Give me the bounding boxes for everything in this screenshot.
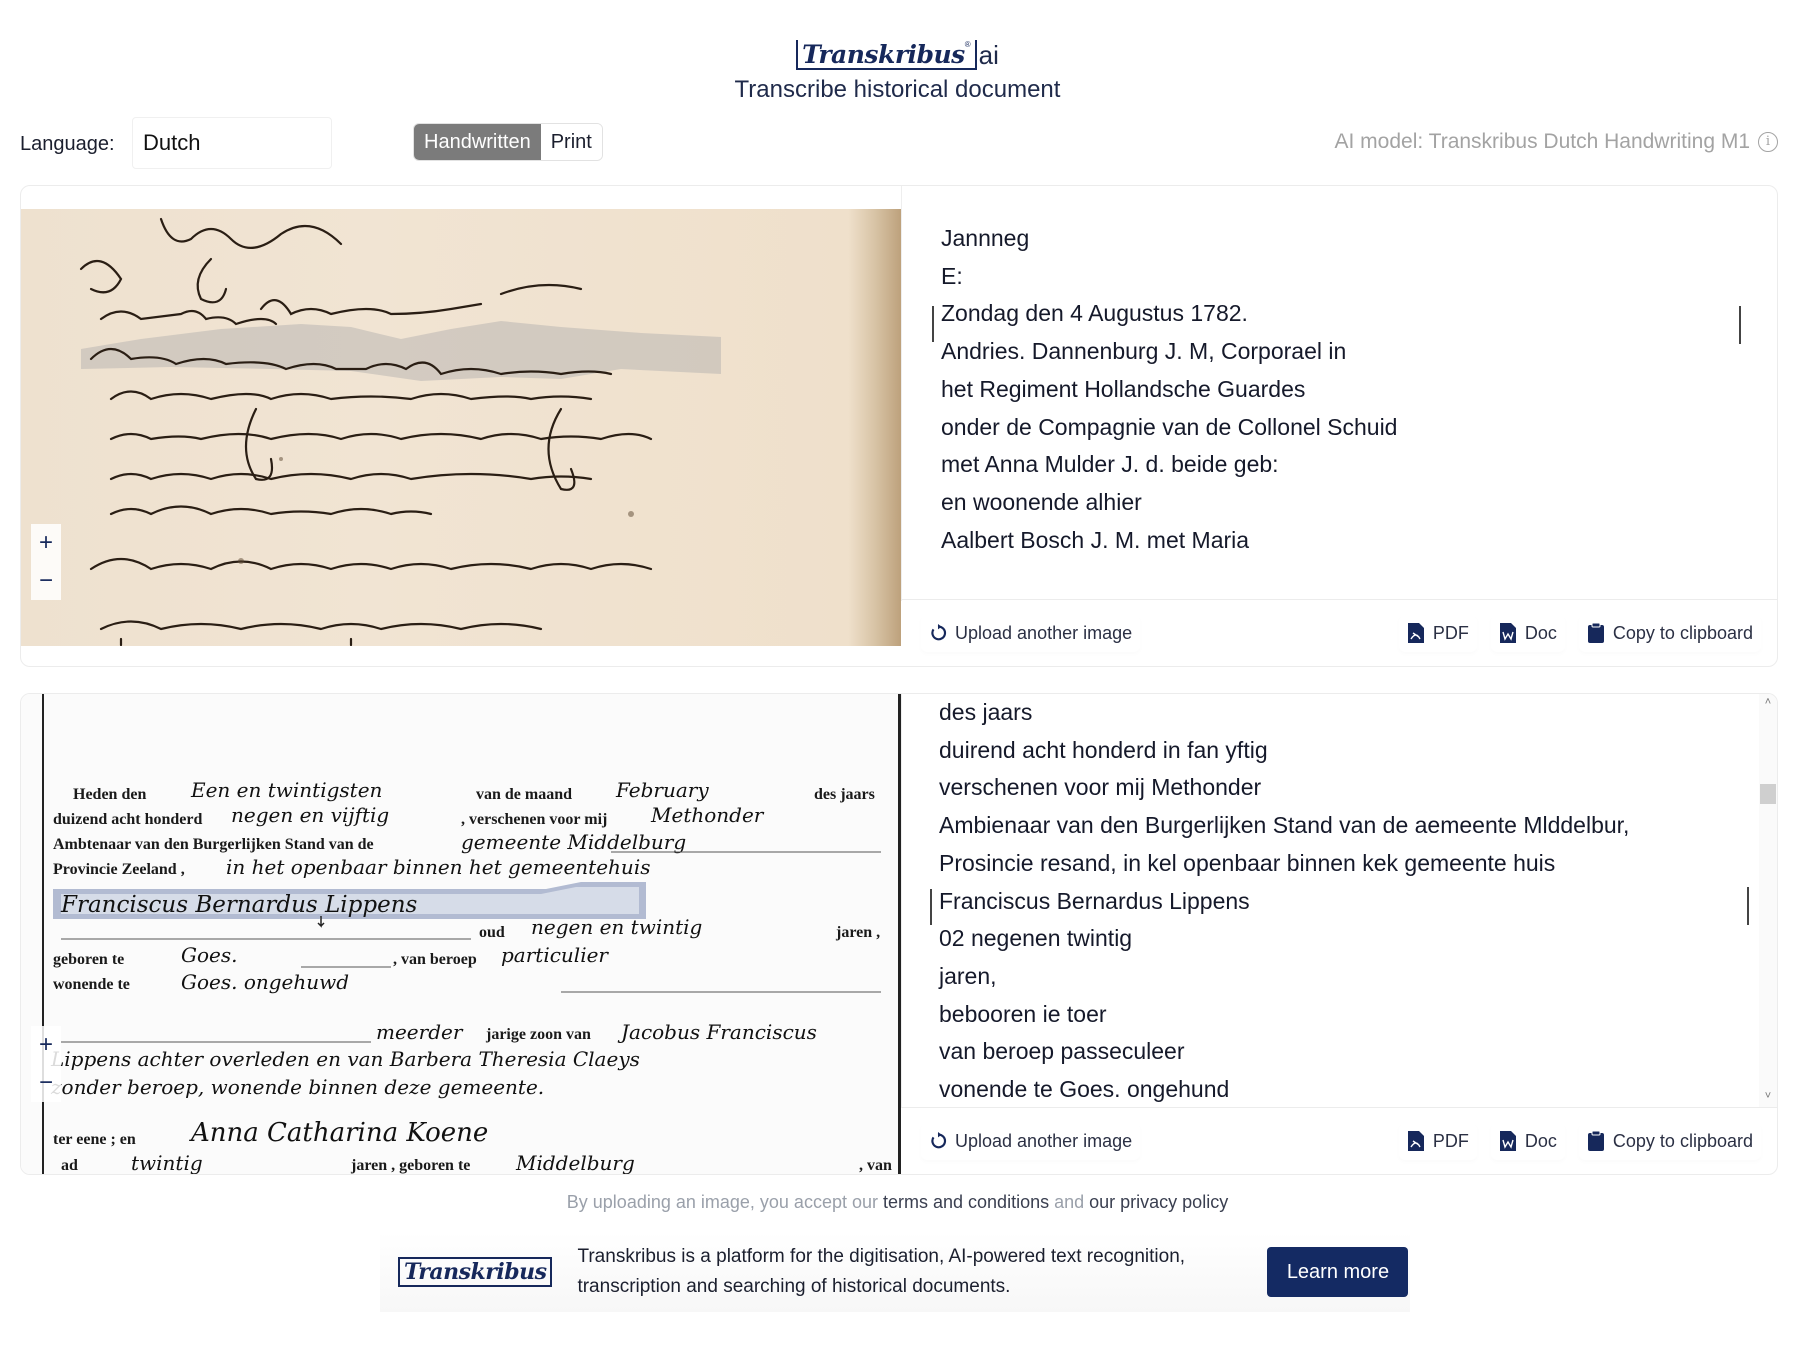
- svg-text:van de maand: van de maand: [476, 786, 572, 803]
- transcription-line-active[interactable]: Franciscus Bernardus Lippens: [939, 883, 1777, 921]
- zoom-controls: + −: [31, 524, 61, 600]
- zoom-out-button[interactable]: −: [31, 562, 61, 600]
- transcription-line[interactable]: E:: [941, 258, 1777, 296]
- page-title: Transcribe historical document: [0, 76, 1795, 104]
- clipboard-icon: [1587, 623, 1605, 643]
- active-line-marker: [930, 889, 932, 925]
- svg-text:geboren te: geboren te: [53, 951, 124, 968]
- transcription-card-2: Heden den van de maand des jaars duizend…: [20, 693, 1778, 1175]
- svg-text:Franciscus Bernardus Lippens: Franciscus Bernardus Lippens: [60, 892, 418, 918]
- zoom-out-button[interactable]: −: [31, 1064, 61, 1102]
- svg-text:Methonder: Methonder: [650, 803, 765, 827]
- svg-text:negen en vijftig: negen en vijftig: [231, 803, 389, 827]
- svg-text:ter eene ; en: ter eene ; en: [53, 1131, 136, 1148]
- card-footer: Upload another image PDF Doc Copy to cli…: [901, 599, 1777, 666]
- svg-text:ad: ad: [61, 1157, 78, 1174]
- controls-row: Language: Dutch Handwritten Print AI mod…: [20, 117, 1778, 169]
- svg-text:Jacobus Franciscus: Jacobus Franciscus: [617, 1020, 817, 1044]
- transcription-line[interactable]: Prosincie resand, in kel openbaar binnen…: [939, 845, 1777, 883]
- transcription-line[interactable]: des jaars: [939, 694, 1777, 732]
- svg-text:Een en twintigsten: Een en twintigsten: [190, 778, 382, 802]
- transkribus-logo: Transkribus: [398, 1257, 552, 1287]
- transcription-text-area[interactable]: Jannneg E: Zondag den 4 Augustus 1782. A…: [901, 186, 1777, 601]
- transcription-line[interactable]: Zondag den 4 Augustus 1782.: [941, 295, 1777, 333]
- mode-print-button[interactable]: Print: [541, 124, 602, 160]
- banner-description: Transkribus is a platform for the digiti…: [577, 1242, 1237, 1302]
- svg-text:Heden den: Heden den: [73, 786, 146, 803]
- download-pdf-button[interactable]: PDF: [1399, 1123, 1477, 1160]
- mode-handwritten-button[interactable]: Handwritten: [414, 124, 541, 160]
- download-doc-button[interactable]: Doc: [1491, 1123, 1565, 1160]
- svg-text:Ambtenaar van den Burgerlijken: Ambtenaar van den Burgerlijken Stand van…: [53, 836, 374, 853]
- word-file-icon: [1499, 623, 1517, 643]
- scroll-down-icon[interactable]: ˅: [1759, 1090, 1777, 1106]
- printed-form-document-image: Heden den van de maand des jaars duizend…: [21, 694, 898, 1175]
- transcription-line-active[interactable]: Andries. Dannenburg J. M, Corporael in: [941, 333, 1777, 371]
- text-cursor: [1747, 887, 1749, 925]
- transcription-line[interactable]: onder de Compagnie van de Collonel Schui…: [941, 409, 1777, 447]
- upload-another-image-button[interactable]: Upload another image: [921, 1123, 1140, 1160]
- card-footer: Upload another image PDF Doc Copy to cli…: [901, 1107, 1777, 1174]
- document-image-viewer[interactable]: + −: [21, 209, 901, 646]
- svg-text:, van: , van: [859, 1157, 892, 1174]
- pdf-file-icon: [1407, 1131, 1425, 1151]
- svg-text:gemeente Middelburg: gemeente Middelburg: [461, 830, 686, 854]
- logo[interactable]: Transkribus® ai: [0, 38, 1795, 72]
- header: Transkribus® ai Transcribe historical do…: [0, 38, 1795, 104]
- svg-text:wonende te: wonende te: [53, 976, 130, 993]
- svg-text:Goes.: Goes.: [181, 943, 237, 967]
- scrollbar-thumb[interactable]: [1760, 784, 1776, 804]
- svg-text:jaren , geboren te: jaren , geboren te: [350, 1157, 470, 1174]
- scrollbar[interactable]: ˄ ˅: [1759, 694, 1777, 1108]
- svg-text:Goes. ongehuwd: Goes. ongehuwd: [181, 970, 349, 994]
- svg-text:des jaars: des jaars: [814, 786, 875, 803]
- logo-ai-suffix: ai: [979, 40, 999, 71]
- handwritten-document-image: [21, 209, 901, 646]
- transcription-line[interactable]: het Regiment Hollandsche Guardes: [941, 371, 1777, 409]
- transcription-line[interactable]: bebooren ie toer: [939, 996, 1777, 1034]
- transcription-line[interactable]: verschenen voor mij Methonder: [939, 769, 1777, 807]
- zoom-controls: + −: [31, 1026, 61, 1102]
- svg-text:Provincie Zeeland ,: Provincie Zeeland ,: [53, 861, 185, 878]
- transcription-line[interactable]: vonende te Goes. ongehund: [939, 1071, 1777, 1108]
- scroll-up-icon[interactable]: ˄: [1759, 696, 1777, 712]
- terms-link[interactable]: terms and conditions: [883, 1192, 1049, 1212]
- learn-more-button[interactable]: Learn more: [1267, 1247, 1408, 1297]
- transcription-line[interactable]: Ambienaar van den Burgerlijken Stand van…: [939, 807, 1777, 845]
- svg-text:, van beroep: , van beroep: [393, 951, 477, 968]
- svg-text:Lippens achter overleden en va: Lippens achter overleden en van Barbera …: [50, 1047, 640, 1071]
- transcription-line[interactable]: 02 negenen twintig: [939, 920, 1777, 958]
- download-doc-button[interactable]: Doc: [1491, 615, 1565, 652]
- svg-text:jaren ,: jaren ,: [835, 924, 880, 941]
- transcription-line[interactable]: jaren,: [939, 958, 1777, 996]
- transcription-line[interactable]: met Anna Mulder J. d. beide geb:: [941, 446, 1777, 484]
- pdf-file-icon: [1407, 623, 1425, 643]
- mode-toggle: Handwritten Print: [413, 123, 603, 161]
- transcription-line[interactable]: Jannneg: [941, 220, 1777, 258]
- word-file-icon: [1499, 1131, 1517, 1151]
- svg-text:jarige zoon van: jarige zoon van: [485, 1026, 591, 1043]
- svg-text:, verschenen voor mij: , verschenen voor mij: [461, 811, 607, 828]
- transcription-line[interactable]: en woonende alhier: [941, 484, 1777, 522]
- transcription-line[interactable]: duirend acht honderd in fan yftig: [939, 732, 1777, 770]
- transcription-line[interactable]: Aalbert Bosch J. M. met Maria: [941, 522, 1777, 560]
- terms-notice: By uploading an image, you accept our te…: [0, 1192, 1795, 1213]
- clipboard-icon: [1587, 1131, 1605, 1151]
- upload-another-image-button[interactable]: Upload another image: [921, 615, 1140, 652]
- svg-text:Middelburg: Middelburg: [515, 1151, 635, 1175]
- svg-text:negen en twintig: negen en twintig: [531, 915, 702, 939]
- transcription-card-1: + − Jannneg E: Zondag den 4 Augustus 178…: [20, 185, 1778, 667]
- ai-model-text: AI model: Transkribus Dutch Handwriting …: [1335, 130, 1751, 154]
- text-cursor: [1739, 306, 1741, 344]
- privacy-link[interactable]: our privacy policy: [1089, 1192, 1228, 1212]
- svg-text:duizend acht honderd: duizend acht honderd: [53, 811, 202, 828]
- transcription-line[interactable]: van beroep passeculeer: [939, 1033, 1777, 1071]
- zoom-in-button[interactable]: +: [31, 524, 61, 562]
- ai-model-info: AI model: Transkribus Dutch Handwriting …: [1335, 130, 1779, 154]
- svg-text:particulier: particulier: [501, 943, 609, 967]
- copy-to-clipboard-button[interactable]: Copy to clipboard: [1579, 1123, 1761, 1160]
- svg-text:twintig: twintig: [131, 1151, 203, 1175]
- svg-text:in het openbaar binnen het gem: in het openbaar binnen het gemeentehuis: [226, 855, 650, 879]
- language-label: Language:: [20, 133, 115, 156]
- active-line-marker: [932, 306, 934, 342]
- svg-text:oud: oud: [479, 924, 505, 941]
- language-select[interactable]: Dutch: [132, 117, 332, 169]
- refresh-icon: [929, 623, 947, 643]
- svg-text:Anna Catharina Koene: Anna Catharina Koene: [189, 1118, 488, 1148]
- zoom-in-button[interactable]: +: [31, 1026, 61, 1064]
- svg-text:meerder: meerder: [376, 1020, 464, 1044]
- refresh-icon: [929, 1131, 947, 1151]
- copy-to-clipboard-button[interactable]: Copy to clipboard: [1579, 615, 1761, 652]
- svg-text:February: February: [615, 778, 709, 802]
- transcription-text-area[interactable]: des jaars duirend acht honderd in fan yf…: [901, 694, 1777, 1108]
- info-icon[interactable]: i: [1758, 132, 1778, 152]
- promo-banner: Transkribus Transkribus is a platform fo…: [380, 1232, 1410, 1312]
- svg-text:zonder beroep, wonende binnen: zonder beroep, wonende binnen deze gemee…: [50, 1075, 544, 1099]
- transkribus-logo: Transkribus®: [796, 40, 977, 70]
- document-image-viewer[interactable]: Heden den van de maand des jaars duizend…: [21, 694, 901, 1175]
- download-pdf-button[interactable]: PDF: [1399, 615, 1477, 652]
